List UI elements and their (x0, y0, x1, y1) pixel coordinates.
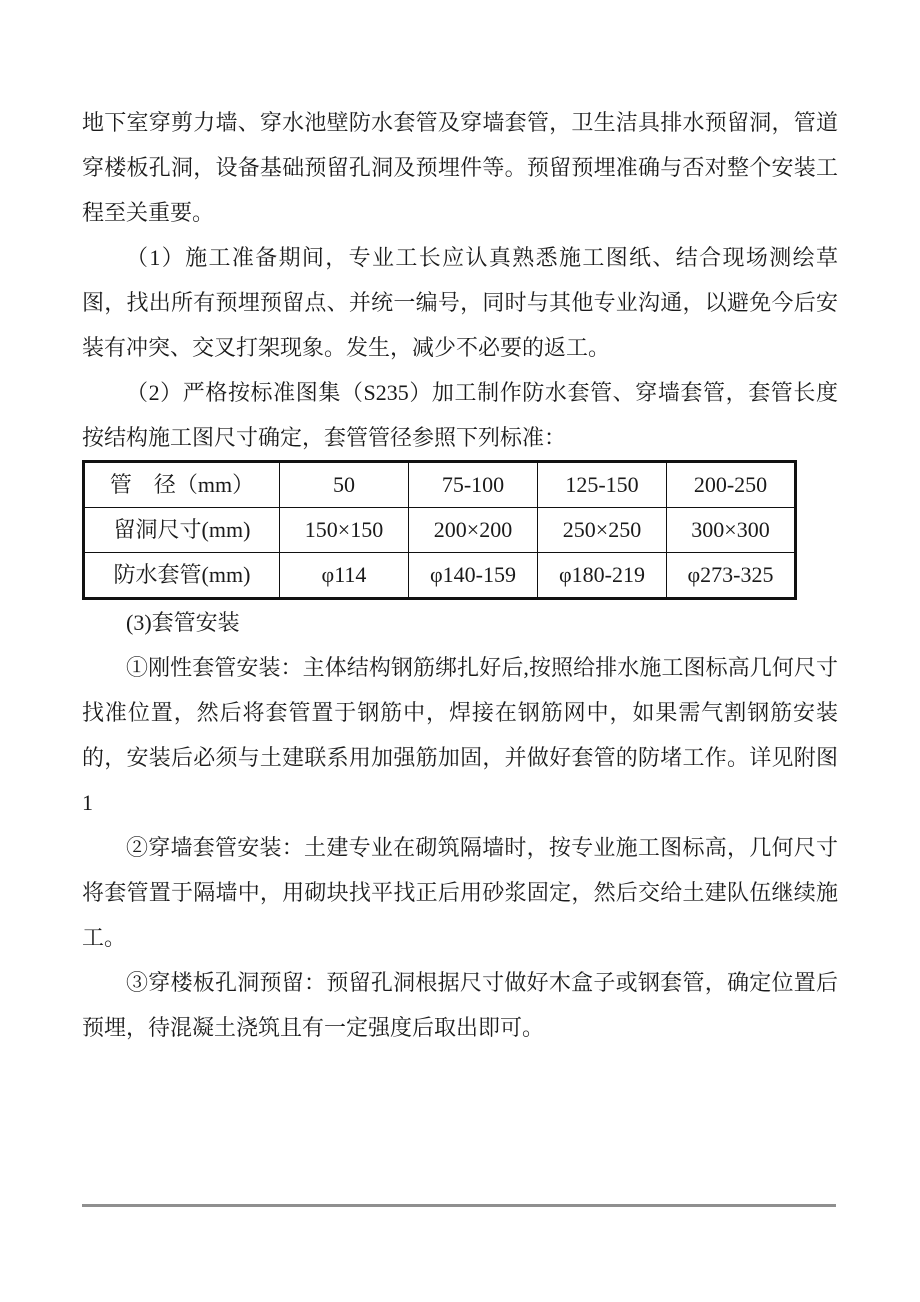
paragraph-step-2-wall-sleeve: ②穿墙套管安装：土建专业在砌筑隔墙时，按专业施工图标高，几何尺寸将套管置于隔墙中… (82, 825, 838, 960)
table-header-cell: 留洞尺寸(mm) (84, 508, 280, 553)
document-body: 地下室穿剪力墙、穿水池壁防水套管及穿墙套管，卫生洁具排水预留洞，管道穿楼板孔洞，… (82, 100, 838, 1050)
table-cell: 50 (280, 462, 409, 508)
paragraph-item-3-heading: (3)套管安装 (82, 600, 838, 645)
table-header-cell: 防水套管(mm) (84, 553, 280, 599)
table-cell: 200×200 (409, 508, 538, 553)
sleeve-dimension-table: 管 径（mm） 50 75-100 125-150 200-250 留洞尺寸(m… (82, 460, 797, 600)
table-header-cell: 管 径（mm） (84, 462, 280, 508)
paragraph-intro: 地下室穿剪力墙、穿水池壁防水套管及穿墙套管，卫生洁具排水预留洞，管道穿楼板孔洞，… (82, 100, 838, 235)
table-cell: φ114 (280, 553, 409, 599)
table-row-waterproof-sleeve: 防水套管(mm) φ114 φ140-159 φ180-219 φ273-325 (84, 553, 796, 599)
table-cell: 150×150 (280, 508, 409, 553)
table-cell: 125-150 (538, 462, 667, 508)
table-cell: φ180-219 (538, 553, 667, 599)
paragraph-item-1: （1）施工准备期间，专业工长应认真熟悉施工图纸、结合现场测绘草图，找出所有预埋预… (82, 235, 838, 370)
paragraph-step-1-rigid-sleeve: ①刚性套管安装：主体结构钢筋绑扎好后,按照给排水施工图标高几何尺寸找准位置，然后… (82, 645, 838, 825)
table-cell: 300×300 (667, 508, 796, 553)
document-page: 地下室穿剪力墙、穿水池壁防水套管及穿墙套管，卫生洁具排水预留洞，管道穿楼板孔洞，… (0, 0, 920, 1302)
table-row-hole-size: 留洞尺寸(mm) 150×150 200×200 250×250 300×300 (84, 508, 796, 553)
paragraph-item-2: （2）严格按标准图集（S235）加工制作防水套管、穿墙套管，套管长度按结构施工图… (82, 370, 838, 460)
table-cell: 75-100 (409, 462, 538, 508)
paragraph-step-3-floor-hole: ③穿楼板孔洞预留：预留孔洞根据尺寸做好木盒子或钢套管，确定位置后预埋，待混凝土浇… (82, 960, 838, 1050)
table-cell: φ140-159 (409, 553, 538, 599)
table-cell: φ273-325 (667, 553, 796, 599)
table-cell: 250×250 (538, 508, 667, 553)
table-cell: 200-250 (667, 462, 796, 508)
footer-divider-line (82, 1204, 836, 1207)
table-row-pipe-diameter: 管 径（mm） 50 75-100 125-150 200-250 (84, 462, 796, 508)
